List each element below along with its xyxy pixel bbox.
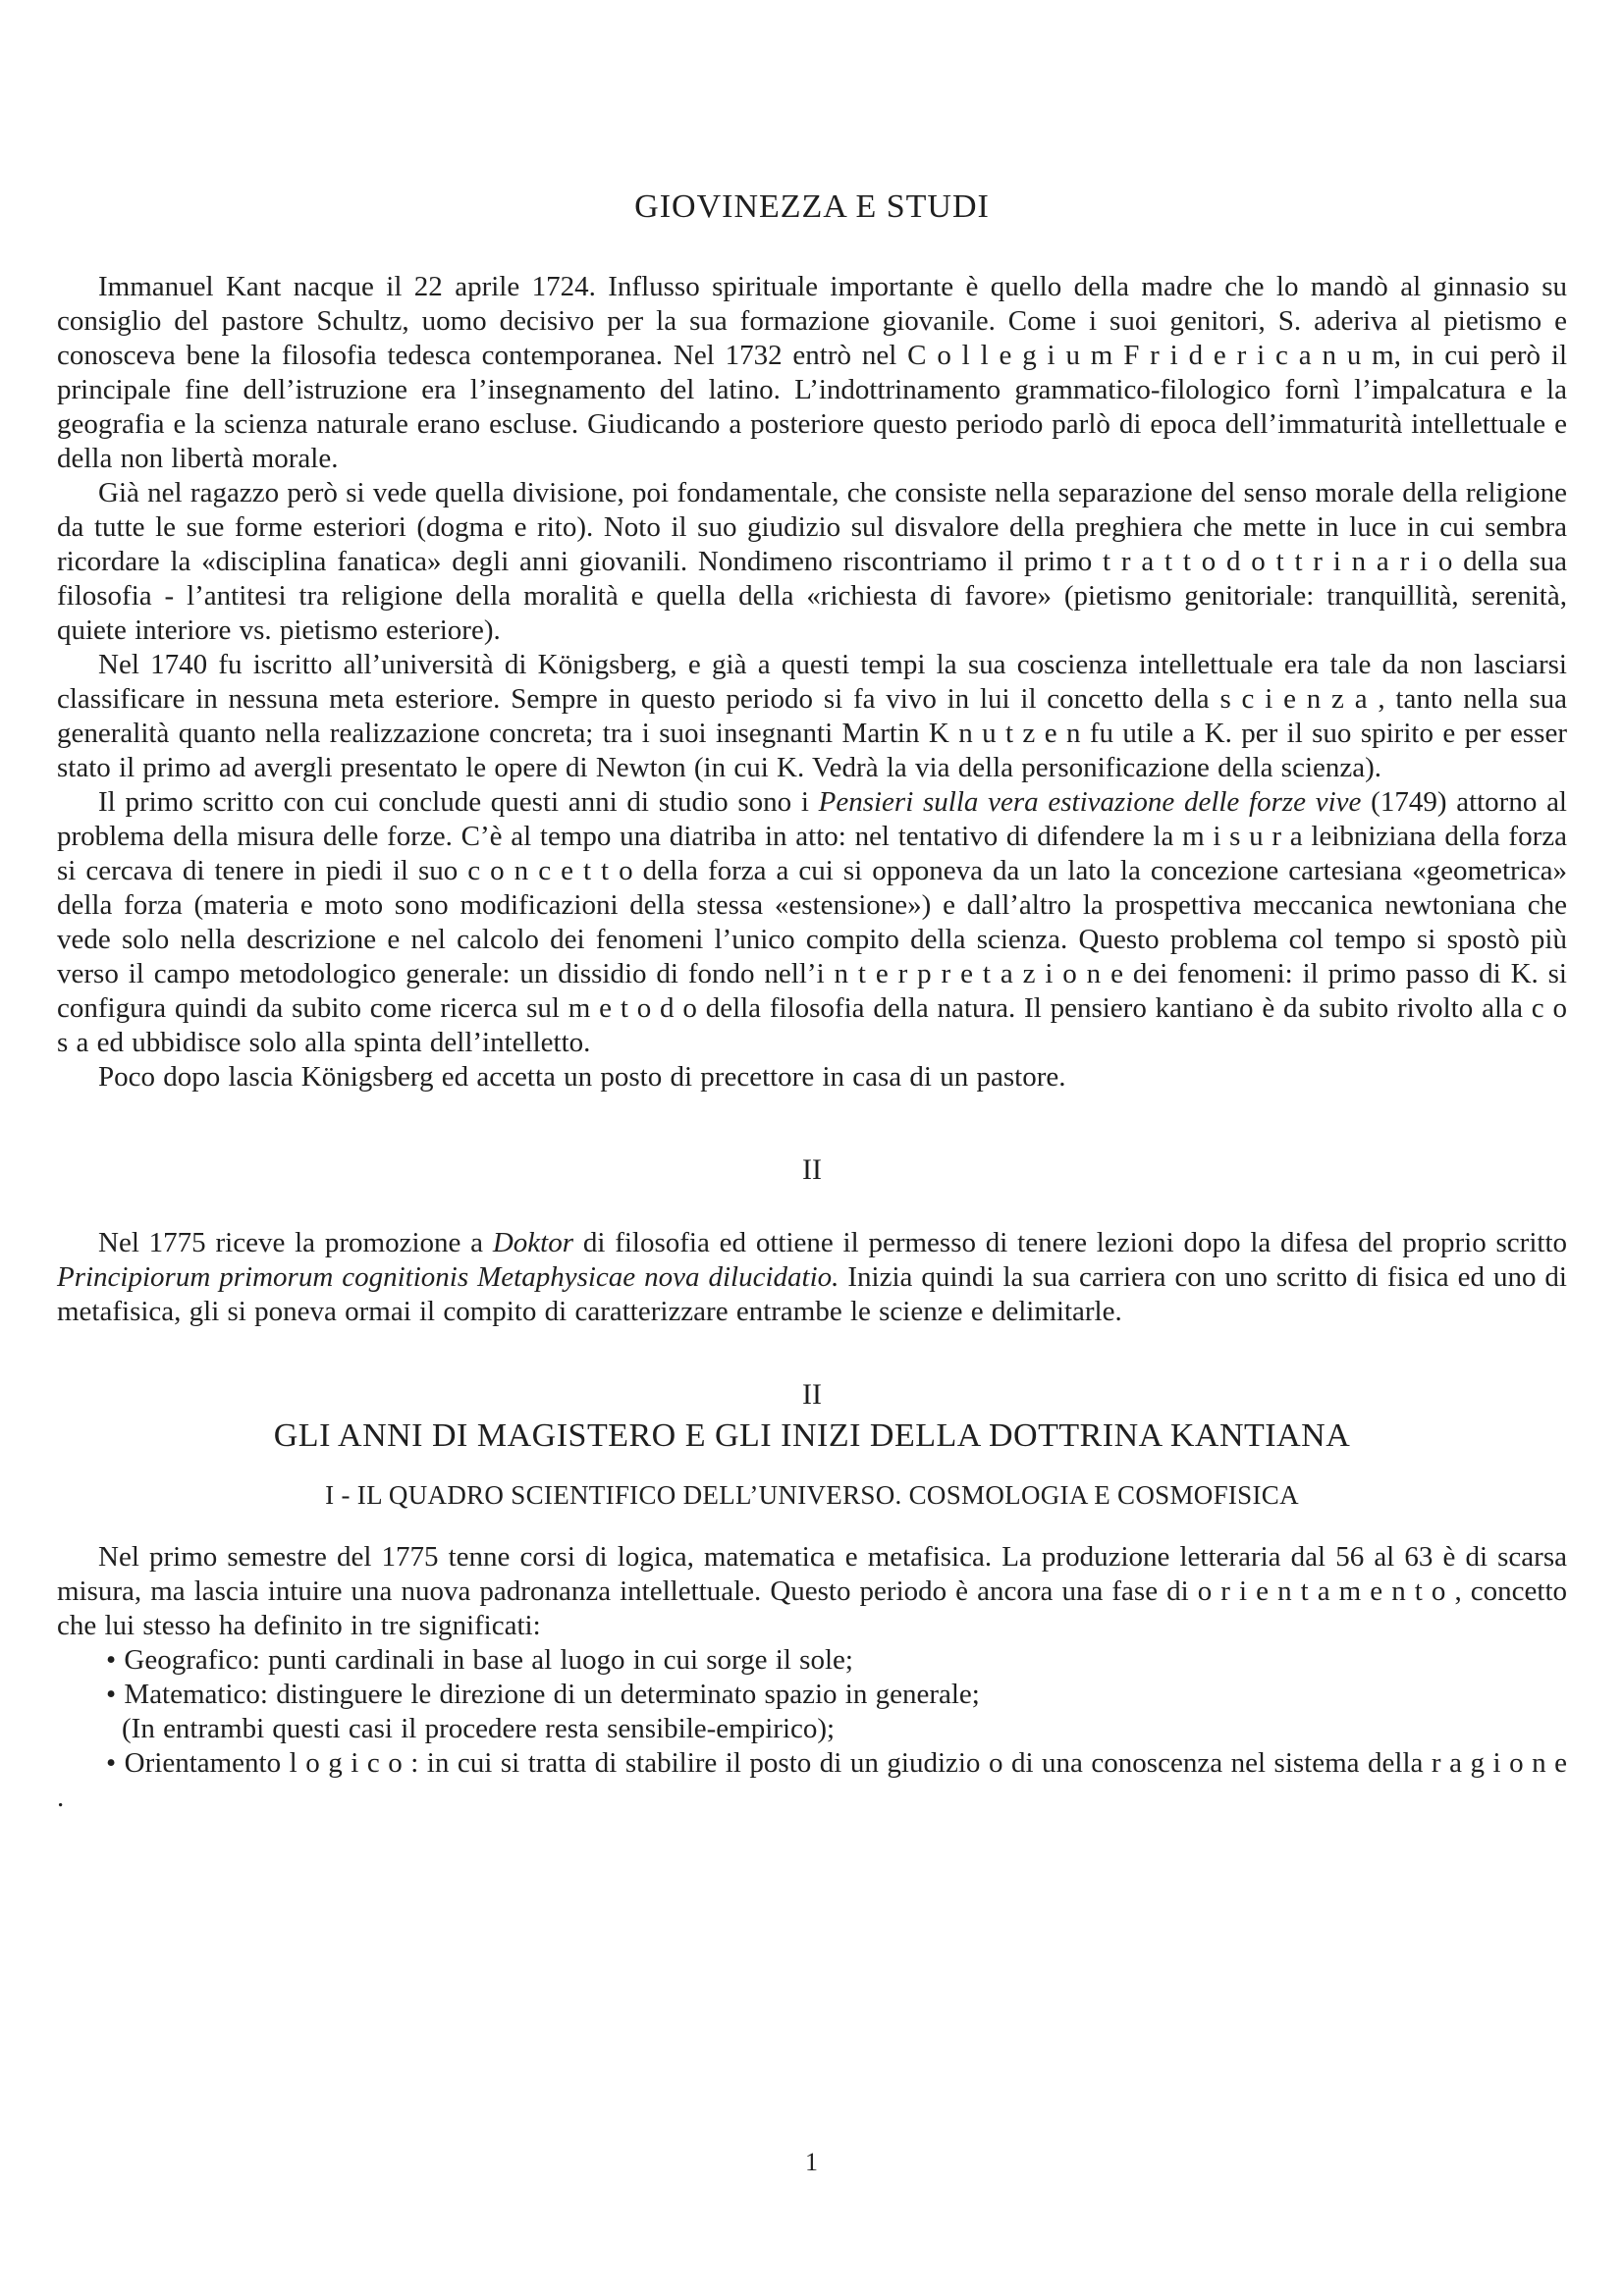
section-heading-ii-first: II [57, 1153, 1567, 1187]
paragraph-semestre-1775: Nel primo semestre del 1775 tenne corsi … [57, 1540, 1567, 1643]
paragraph-kant-nascita: Immanuel Kant nacque il 22 aprile 1724. … [57, 270, 1567, 476]
text-column: GIOVINEZZA E STUDI Immanuel Kant nacque … [0, 0, 1623, 1815]
bullet-geografico: • Geografico: punti cardinali in base al… [57, 1643, 1567, 1678]
bullet-matematico: • Matematico: distinguere le direzione d… [57, 1678, 1567, 1712]
text-run: Il primo scritto con cui conclude questi… [98, 786, 819, 818]
section-heading-ii-second: II [57, 1378, 1567, 1412]
italic-text-run: Doktor [493, 1227, 573, 1258]
paragraph-divisione-religione: Già nel ragazzo però si vede quella divi… [57, 476, 1567, 648]
text-run: di filosofia ed ottiene il permesso di t… [573, 1227, 1567, 1258]
text-run: Nel 1775 riceve la promozione a [98, 1227, 493, 1258]
section-subtitle-cosmologia: I - IL QUADRO SCIENTIFICO DELL’UNIVERSO.… [57, 1480, 1567, 1511]
document-page: GIOVINEZZA E STUDI Immanuel Kant nacque … [0, 0, 1623, 2296]
page-number: 1 [0, 2148, 1623, 2177]
italic-text-run: Principiorum primorum cognitionis Metaph… [57, 1261, 839, 1293]
paragraph-universita-1740: Nel 1740 fu iscritto all’università di K… [57, 648, 1567, 785]
paragraph-precettore: Poco dopo lascia Königsberg ed accetta u… [57, 1060, 1567, 1095]
bullet-orientamento-logico: • Orientamento l o g i c o : in cui si t… [57, 1746, 1567, 1815]
bullet-note-sensibile-empirico: (In entrambi questi casi il procedere re… [57, 1712, 1567, 1746]
italic-text-run: Pensieri sulla vera estivazione delle fo… [819, 786, 1362, 818]
paragraph-forze-vive: Il primo scritto con cui conclude questi… [57, 785, 1567, 1060]
section-title-magistero: GLI ANNI DI MAGISTERO E GLI INIZI DELLA … [57, 1417, 1567, 1455]
paragraph-doktor-1775: Nel 1775 riceve la promozione a Doktor d… [57, 1226, 1567, 1329]
text-run: (1749) attorno al problema della misura … [57, 786, 1567, 1058]
document-title: GIOVINEZZA E STUDI [57, 188, 1567, 226]
